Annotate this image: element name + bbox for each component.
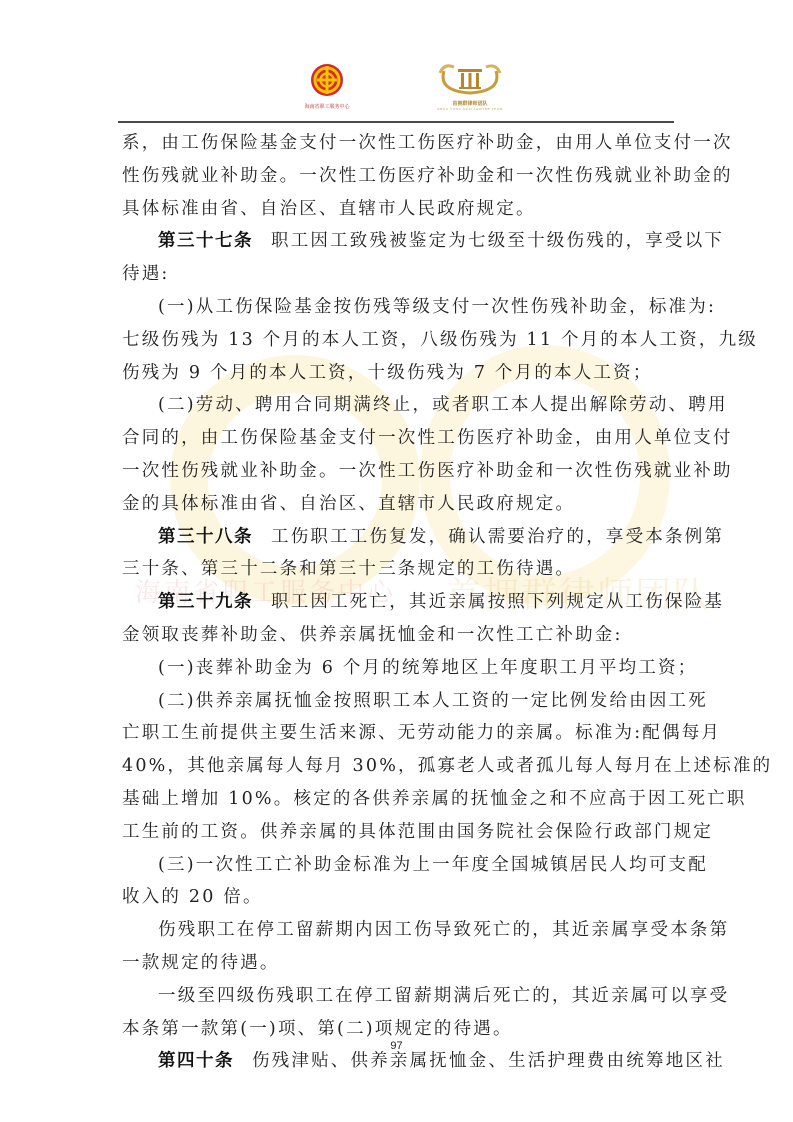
line-text: 工生前的工资。供养亲属的具体范围由国务院社会保险行政部门规定 [122, 822, 713, 842]
text-line: 性伤残就业补助金。一次性工伤医疗补助金和一次性伤残就业补助金的 [122, 160, 674, 193]
text-line: 伤残为 9 个月的本人工资，十级伤残为 7 个月的本人工资； [122, 357, 674, 390]
line-text: 收入的 20 倍。 [122, 887, 263, 907]
text-line: 具体标准由省、自治区、直辖市人民政府规定。 [122, 193, 674, 226]
line-text: 40%，其他亲属每人每月 30%，孤寡老人或者孤儿每人每月在上述标准的 [122, 756, 772, 776]
line-text: 系，由工伤保险基金支付一次性工伤医疗补助金，由用人单位支付一次 [122, 133, 733, 153]
article-heading: 第四十条 [158, 1051, 234, 1071]
line-text: 伤残津贴、供养亲属抚恤金、生活护理费由统筹地区社 [252, 1051, 725, 1071]
text-line: 系，由工伤保险基金支付一次性工伤医疗补助金，由用人单位支付一次 [122, 127, 674, 160]
line-text: (二)供养亲属抚恤金按照职工本人工资的一定比例发给由因工死 [158, 691, 708, 711]
union-emblem-icon [302, 63, 352, 97]
text-line: 工生前的工资。供养亲属的具体范围由国务院社会保险行政部门规定 [122, 816, 674, 849]
text-line: 基础上增加 10%。核定的各供养亲属的抚恤金之和不应高于因工死亡职 [122, 783, 674, 816]
document-body: 系，由工伤保险基金支付一次性工伤医疗补助金，由用人单位支付一次性伤残就业补助金。… [122, 127, 674, 1078]
text-line: 待遇: [122, 258, 674, 291]
text-line: 金的具体标准由省、自治区、直辖市人民政府规定。 [122, 488, 674, 521]
text-line: 三十条、第三十二条和第三十三条规定的工伤待遇。 [122, 553, 674, 586]
hainan-workers-service-center-logo: 海南省职工服务中心 [302, 63, 352, 110]
logo-right-subcaption: SHOU YONG QUN LAWYER TEAM [430, 107, 510, 111]
text-line: (二)供养亲属抚恤金按照职工本人工资的一定比例发给由因工死 [122, 685, 674, 718]
text-line: (一)丧葬补助金为 6 个月的统筹地区上年度职工月平均工资； [122, 652, 674, 685]
line-text: 待遇: [122, 264, 170, 284]
line-text: 亡职工生前提供主要生活来源、无劳动能力的亲属。标准为:配偶每月 [122, 723, 721, 743]
article-line: 第三十八条工伤职工工伤复发，确认需要治疗的，享受本条例第 [122, 521, 674, 554]
article-heading: 第三十七条 [158, 231, 253, 251]
line-text: (三)一次性工亡补助金标准为上一年度全国城镇居民人均可支配 [158, 855, 708, 875]
line-text: 本条第一款第(一)项、第(二)项规定的待遇。 [122, 1019, 513, 1039]
line-text: 伤残职工在停工留薪期内因工伤导致死亡的，其近亲属享受本条第 [158, 920, 729, 940]
text-line: 收入的 20 倍。 [122, 881, 674, 914]
line-text: 金的具体标准由省、自治区、直辖市人民政府规定。 [122, 494, 575, 514]
line-text: 工伤职工工伤复发，确认需要治疗的，享受本条例第 [271, 527, 724, 547]
page-number: 97 [0, 1040, 793, 1052]
line-text: 性伤残就业补助金。一次性工伤医疗补助金和一次性伤残就业补助金的 [122, 166, 733, 186]
text-line: (一)从工伤保险基金按伤残等级支付一次性伤残补助金，标准为: [122, 291, 674, 324]
page-header: 海南省职工服务中心 首拥群律师团队 SHOU YONG QUN LAWYER T… [0, 55, 793, 115]
article-heading: 第三十九条 [158, 592, 253, 612]
logo-right-caption: 首拥群律师团队 [430, 100, 510, 107]
header-divider [118, 121, 674, 123]
line-text: 七级伤残为 13 个月的本人工资，八级伤残为 11 个月的本人工资，九级 [122, 330, 758, 350]
text-line: (二)劳动、聘用合同期满终止，或者职工本人提出解除劳动、聘用 [122, 389, 674, 422]
law-team-pillar-icon [430, 61, 510, 95]
article-heading: 第三十八条 [158, 527, 253, 547]
line-text: 合同的，由工伤保险基金支付一次性工伤医疗补助金，由用人单位支付 [122, 428, 733, 448]
line-text: 具体标准由省、自治区、直辖市人民政府规定。 [122, 199, 536, 219]
text-line: 合同的，由工伤保险基金支付一次性工伤医疗补助金，由用人单位支付 [122, 422, 674, 455]
line-text: 一级至四级伤残职工在停工留薪期满后死亡的，其近亲属可以享受 [158, 986, 729, 1006]
logo-left-caption: 海南省职工服务中心 [302, 103, 352, 110]
text-line: 亡职工生前提供主要生活来源、无劳动能力的亲属。标准为:配偶每月 [122, 717, 674, 750]
line-text: 三十条、第三十二条和第三十三条规定的工伤待遇。 [122, 559, 575, 579]
line-text: 基础上增加 10%。核定的各供养亲属的抚恤金之和不应高于因工死亡职 [122, 789, 747, 809]
text-line: 金领取丧葬补助金、供养亲属抚恤金和一次性工亡补助金: [122, 619, 674, 652]
line-text: (一)从工伤保险基金按伤残等级支付一次性伤残补助金，标准为: [158, 297, 716, 317]
line-text: 职工因工致残被鉴定为七级至十级伤残的，享受以下 [271, 231, 724, 251]
line-text: 职工因工死亡，其近亲属按照下列规定从工伤保险基 [271, 592, 724, 612]
line-text: 金领取丧葬补助金、供养亲属抚恤金和一次性工亡补助金: [122, 625, 623, 645]
line-text: 一次性伤残就业补助金。一次性工伤医疗补助金和一次性伤残就业补助 [122, 461, 733, 481]
line-text: 一款规定的待遇。 [122, 953, 280, 973]
line-text: 伤残为 9 个月的本人工资，十级伤残为 7 个月的本人工资； [122, 363, 653, 383]
text-line: 40%，其他亲属每人每月 30%，孤寡老人或者孤儿每人每月在上述标准的 [122, 750, 674, 783]
line-text: (二)劳动、聘用合同期满终止，或者职工本人提出解除劳动、聘用 [158, 395, 728, 415]
line-text: (一)丧葬补助金为 6 个月的统筹地区上年度职工月平均工资； [158, 658, 697, 678]
article-line: 第三十七条职工因工致残被鉴定为七级至十级伤残的，享受以下 [122, 225, 674, 258]
law-team-logo: 首拥群律师团队 SHOU YONG QUN LAWYER TEAM [430, 61, 510, 111]
article-line: 第三十九条职工因工死亡，其近亲属按照下列规定从工伤保险基 [122, 586, 674, 619]
text-line: 七级伤残为 13 个月的本人工资，八级伤残为 11 个月的本人工资，九级 [122, 324, 674, 357]
text-line: 一次性伤残就业补助金。一次性工伤医疗补助金和一次性伤残就业补助 [122, 455, 674, 488]
text-line: (三)一次性工亡补助金标准为上一年度全国城镇居民人均可支配 [122, 849, 674, 882]
text-line: 伤残职工在停工留薪期内因工伤导致死亡的，其近亲属享受本条第 [122, 914, 674, 947]
text-line: 一级至四级伤残职工在停工留薪期满后死亡的，其近亲属可以享受 [122, 980, 674, 1013]
text-line: 一款规定的待遇。 [122, 947, 674, 980]
